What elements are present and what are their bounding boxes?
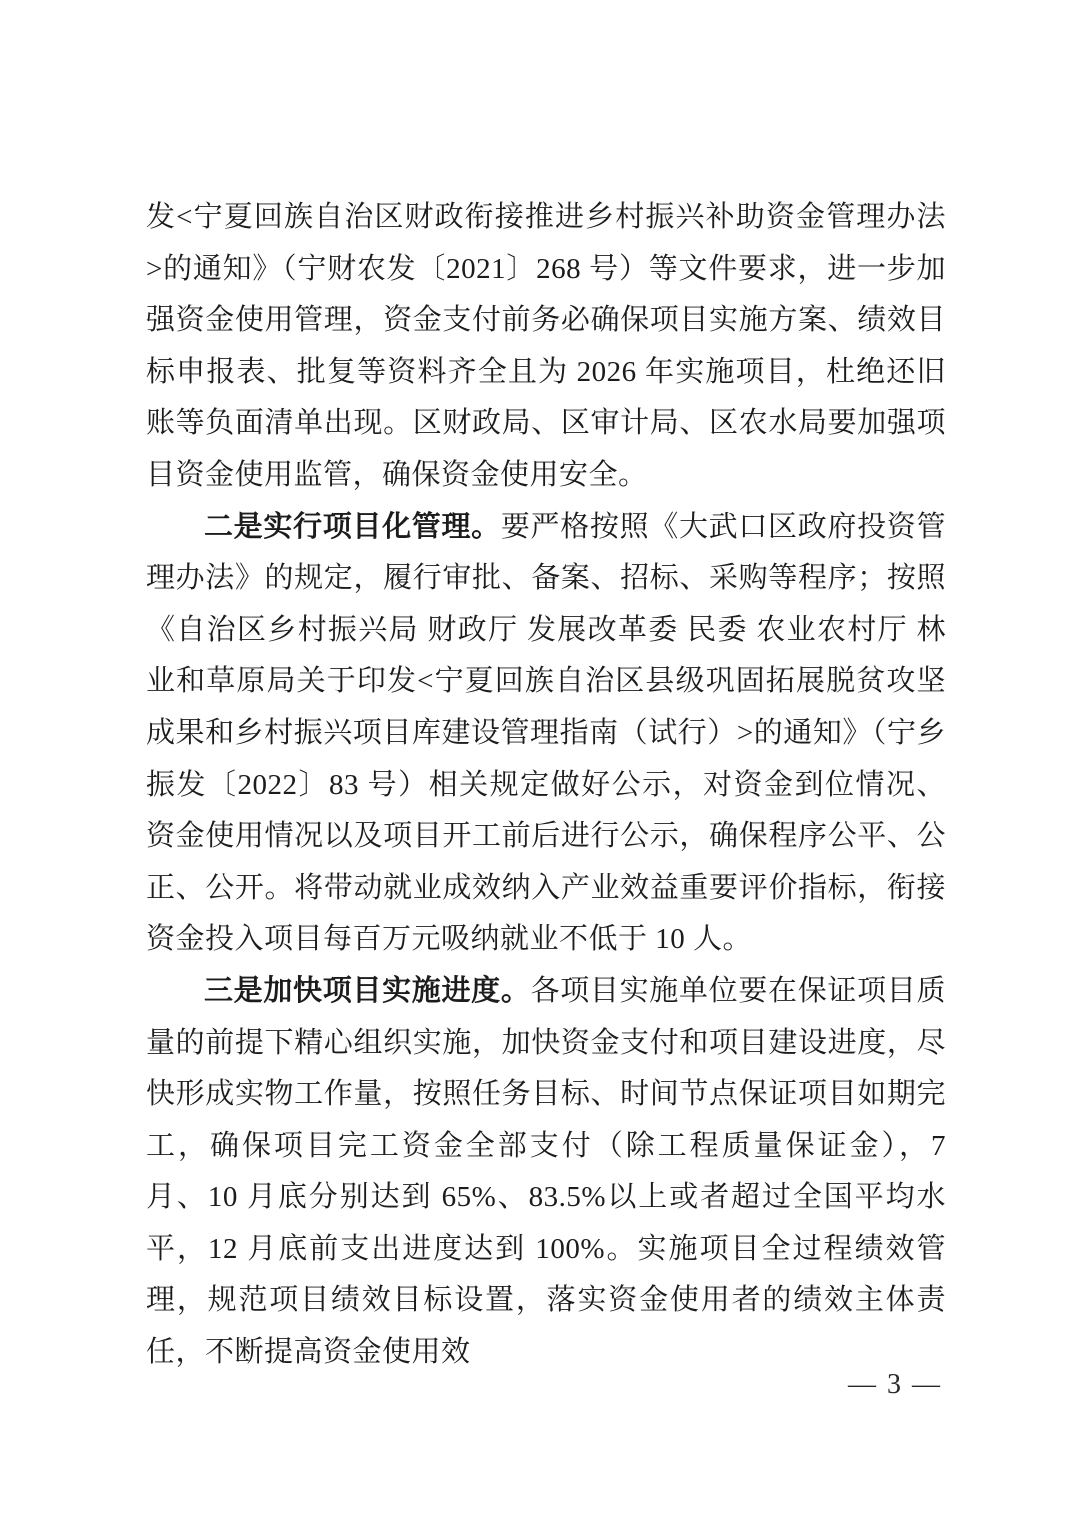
paragraph-item-two: 二是实行项目化管理。要严格按照《大武口区政府投资管理办法》的规定，履行审批、备案… [146,502,946,966]
document-page: 发<宁夏回族自治区财政衔接推进乡村振兴补助资金管理办法>的通知》（宁财农发〔20… [0,0,1074,1520]
paragraph-text: 要严格按照《大武口区政府投资管理办法》的规定，履行审批、备案、招标、采购等程序；… [146,511,946,956]
page-number: — 3 — [848,1370,942,1400]
paragraph-continuation: 发<宁夏回族自治区财政衔接推进乡村振兴补助资金管理办法>的通知》（宁财农发〔20… [146,192,946,502]
paragraph-bold-lead: 三是加快项目实施进度。 [204,975,531,1007]
document-body: 发<宁夏回族自治区财政衔接推进乡村振兴补助资金管理办法>的通知》（宁财农发〔20… [146,192,946,1379]
paragraph-bold-lead: 二是实行项目化管理。 [204,511,501,543]
paragraph-item-three: 三是加快项目实施进度。各项目实施单位要在保证项目质量的前提下精心组织实施，加快资… [146,966,946,1379]
paragraph-text: 发<宁夏回族自治区财政衔接推进乡村振兴补助资金管理办法>的通知》（宁财农发〔20… [146,201,946,491]
paragraph-text: 各项目实施单位要在保证项目质量的前提下精心组织实施，加快资金支付和项目建设进度，… [146,975,946,1368]
